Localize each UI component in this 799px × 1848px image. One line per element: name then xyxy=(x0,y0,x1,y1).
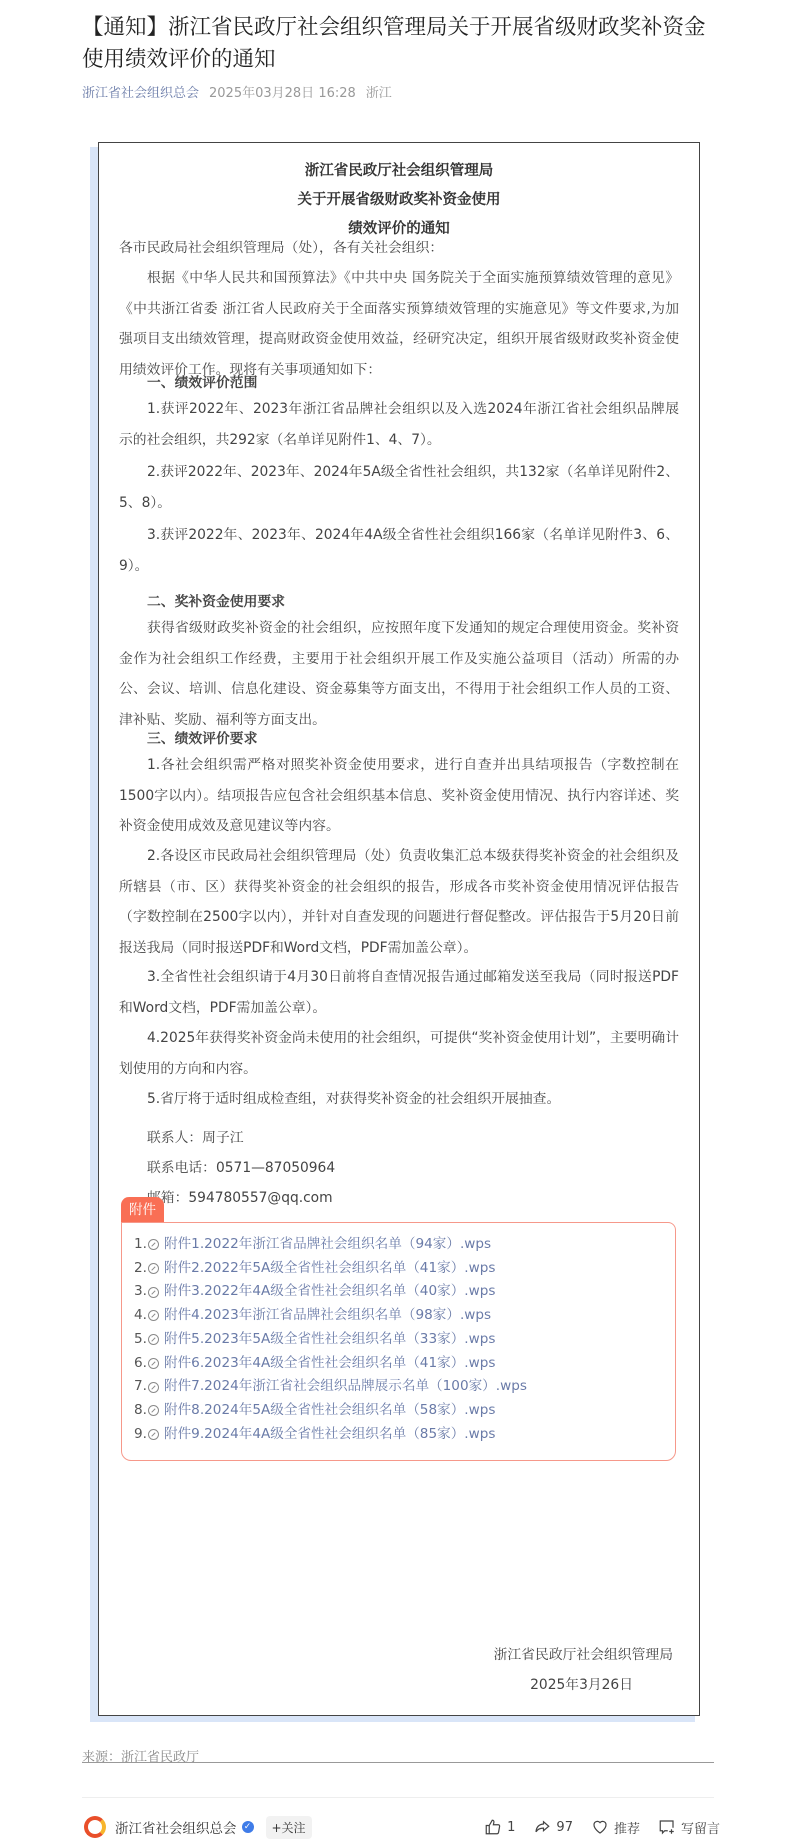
section-1-item: 2.获评2022年、2023年、2024年5A级全省性社会组织，共132家（名单… xyxy=(119,457,679,518)
section-3-title: 三、绩效评价要求 xyxy=(147,727,257,747)
account-name[interactable]: 浙江省社会组织总会 xyxy=(115,1817,237,1837)
section-1-item: 3.获评2022年、2023年、2024年4A级全省性社会组织166家（名单详见… xyxy=(119,520,679,581)
section-2-body: 获得省级财政奖补资金的社会组织，应按照年度下发通知的规定合理使用资金。奖补资金作… xyxy=(119,613,679,735)
doc-heading-subject: 关于开展省级财政奖补资金使用 xyxy=(99,188,699,209)
signature-date: 2025年3月26日 xyxy=(530,1673,633,1693)
link-icon xyxy=(148,1429,159,1440)
link-icon xyxy=(148,1405,159,1416)
link-icon xyxy=(148,1358,159,1369)
link-icon xyxy=(148,1239,159,1250)
section-3-item: 3.全省性社会组织请于4月30日前将自查情况报告通过邮箱发送至我局（同时报送PD… xyxy=(119,962,679,1023)
contact-phone: 联系电话：0571—87050964 xyxy=(147,1156,335,1176)
link-icon xyxy=(148,1287,159,1298)
comment-label: 写留言 xyxy=(681,1818,720,1837)
section-3-item: 5.省厅将于适时组成检查组，对获得奖补资金的社会组织开展抽查。 xyxy=(119,1084,679,1115)
divider xyxy=(82,1762,714,1763)
account-avatar[interactable] xyxy=(84,1816,106,1838)
follow-button[interactable]: +关注 xyxy=(266,1816,312,1839)
salutation: 各市民政局社会组织管理局（处），各有关社会组织： xyxy=(119,233,679,264)
attachment-link[interactable]: 3.附件3.2022年4A级全省性社会组织名单（40家）.wps xyxy=(134,1280,675,1304)
attachment-link[interactable]: 7.附件7.2024年浙江省社会组织品牌展示名单（100家）.wps xyxy=(134,1375,675,1399)
attachment-link[interactable]: 2.附件2.2022年5A级全省性社会组织名单（41家）.wps xyxy=(134,1257,675,1281)
comment-icon xyxy=(658,1818,676,1836)
action-bar: 1 97 推荐 写留言 xyxy=(484,1818,720,1837)
doc-heading-org: 浙江省民政厅社会组织管理局 xyxy=(99,159,699,180)
attachment-link[interactable]: 4.附件4.2023年浙江省品牌社会组织名单（98家）.wps xyxy=(134,1304,675,1328)
attachment-link[interactable]: 9.附件9.2024年4A级全省性社会组织名单（85家）.wps xyxy=(134,1423,675,1447)
attachment-link[interactable]: 1.附件1.2022年浙江省品牌社会组织名单（94家）.wps xyxy=(134,1233,675,1257)
signature-org: 浙江省民政厅社会组织管理局 xyxy=(494,1643,673,1663)
article-title: 【通知】浙江省民政厅社会组织管理局关于开展省级财政奖补资金使用绩效评价的通知 xyxy=(82,12,722,76)
section-3-item: 1.各社会组织需严格对照奖补资金使用要求，进行自查并出具结项报告（字数控制在15… xyxy=(119,750,679,842)
divider xyxy=(82,1797,714,1798)
attachment-link[interactable]: 8.附件8.2024年5A级全省性社会组织名单（58家）.wps xyxy=(134,1399,675,1423)
link-icon xyxy=(148,1382,159,1393)
recommend-button[interactable]: 推荐 xyxy=(591,1818,640,1837)
verified-icon: ✓ xyxy=(242,1821,254,1833)
publish-datetime: 2025年03月28日 16:28 xyxy=(209,82,356,101)
heart-icon xyxy=(591,1818,609,1836)
notice-document: 浙江省民政厅社会组织管理局 关于开展省级财政奖补资金使用 绩效评价的通知 各市民… xyxy=(98,142,700,1716)
section-1-title: 一、绩效评价范围 xyxy=(147,371,257,391)
share-count: 97 xyxy=(556,1820,573,1835)
share-icon xyxy=(533,1818,551,1836)
article-meta: 浙江省社会组织总会 2025年03月28日 16:28 浙江 xyxy=(82,82,392,101)
link-icon xyxy=(148,1263,159,1274)
section-3-item: 2.各设区市民政局社会组织管理局（处）负责收集汇总本级获得奖补资金的社会组织及所… xyxy=(119,841,679,963)
contact-email: 邮箱：594780557@qq.com xyxy=(147,1186,333,1206)
attachment-link[interactable]: 6.附件6.2023年4A级全省性社会组织名单（41家）.wps xyxy=(134,1352,675,1376)
link-icon xyxy=(148,1334,159,1345)
thumbs-up-icon xyxy=(484,1818,502,1836)
like-button[interactable]: 1 xyxy=(484,1818,515,1836)
attachment-link[interactable]: 5.附件5.2023年5A级全省性社会组织名单（33家）.wps xyxy=(134,1328,675,1352)
like-count: 1 xyxy=(507,1820,515,1835)
comment-button[interactable]: 写留言 xyxy=(658,1818,720,1837)
article-footer: 浙江省社会组织总会 ✓ +关注 1 97 推荐 写留言 xyxy=(84,1812,720,1842)
intro-paragraph: 根据《中华人民共和国预算法》《中共中央 国务院关于全面实施预算绩效管理的意见》《… xyxy=(119,263,679,385)
link-icon xyxy=(148,1310,159,1321)
recommend-label: 推荐 xyxy=(614,1818,640,1837)
attachments-label: 附件 xyxy=(121,1197,164,1223)
section-1-item: 1.获评2022年、2023年浙江省品牌社会组织以及入选2024年浙江省社会组织… xyxy=(119,394,679,455)
section-2-title: 二、奖补资金使用要求 xyxy=(147,590,285,610)
author-link[interactable]: 浙江省社会组织总会 xyxy=(82,82,199,101)
attachments-list: 1.附件1.2022年浙江省品牌社会组织名单（94家）.wps 2.附件2.20… xyxy=(121,1222,676,1461)
share-button[interactable]: 97 xyxy=(533,1818,573,1836)
section-3-item: 4.2025年获得奖补资金尚未使用的社会组织，可提供“奖补资金使用计划”，主要明… xyxy=(119,1023,679,1084)
contact-person: 联系人：周子江 xyxy=(147,1126,244,1146)
publish-location: 浙江 xyxy=(366,82,392,101)
